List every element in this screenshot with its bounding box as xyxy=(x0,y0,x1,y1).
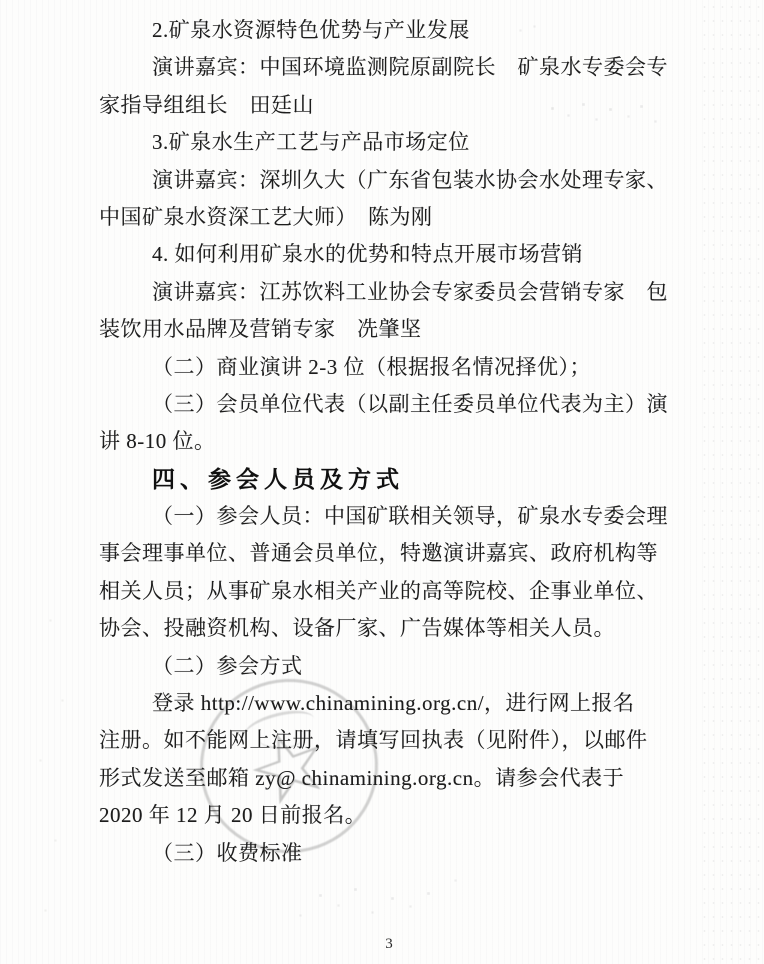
speaker-line: 演讲嘉宾：中国环境监测院原副院长 矿泉水专委会专 xyxy=(99,49,674,86)
section-heading-participants: 四、参会人员及方式 xyxy=(99,461,674,498)
subsection-business-speeches: （二）商业演讲 2-3 位（根据报名情况择优）； xyxy=(99,349,674,386)
registration-line-continued: 注册。如不能网上注册，请填写回执表（见附件），以邮件 xyxy=(99,722,674,759)
scan-noise-right-edge xyxy=(700,0,764,964)
subsection-registration-method: （二）参会方式 xyxy=(99,648,674,685)
speaker-line-continued: 装饮用水品牌及营销专家 冼肇坚 xyxy=(99,311,674,348)
speaker-line: 演讲嘉宾：江苏饮料工业协会专家委员会营销专家 包 xyxy=(99,274,674,311)
scanned-document-page: ☆ 2.矿泉水资源特色优势与产业发展 演讲嘉宾：中国环境监测院原副院长 矿泉水专… xyxy=(0,0,764,964)
page-number: 3 xyxy=(7,936,764,953)
registration-deadline-line: 2020 年 12 月 20 日前报名。 xyxy=(99,797,674,834)
speaker-line-continued: 中国矿泉水资深工艺大师） 陈为刚 xyxy=(99,199,674,236)
scan-speckles xyxy=(0,0,1,1)
agenda-item-2: 2.矿泉水资源特色优势与产业发展 xyxy=(99,12,674,49)
subsection-fees: （三）收费标准 xyxy=(99,835,674,872)
speaker-line-continued: 家指导组组长 田廷山 xyxy=(99,87,674,124)
registration-url-line: 登录 http://www.chinamining.org.cn/，进行网上报名 xyxy=(99,685,674,722)
document-body: 2.矿泉水资源特色优势与产业发展 演讲嘉宾：中国环境监测院原副院长 矿泉水专委会… xyxy=(99,12,674,872)
subsection-member-reps: （三）会员单位代表（以副主任委员单位代表为主）演 xyxy=(99,386,674,423)
participants-line-continued: 协会、投融资机构、设备厂家、广告媒体等相关人员。 xyxy=(99,610,674,647)
agenda-item-3: 3.矿泉水生产工艺与产品市场定位 xyxy=(99,124,674,161)
speaker-line: 演讲嘉宾：深圳久大（广东省包装水协会水处理专家、 xyxy=(99,162,674,199)
participants-line: （一）参会人员：中国矿联相关领导，矿泉水专委会理 xyxy=(99,498,674,535)
participants-line-continued: 相关人员；从事矿泉水相关产业的高等院校、企事业单位、 xyxy=(99,573,674,610)
participants-line-continued: 事会理事单位、普通会员单位，特邀演讲嘉宾、政府机构等 xyxy=(99,535,674,572)
registration-email-line: 形式发送至邮箱 zy@ chinamining.org.cn。请参会代表于 xyxy=(99,760,674,797)
subsection-member-reps-continued: 讲 8-10 位。 xyxy=(99,423,674,460)
agenda-item-4: 4. 如何利用矿泉水的优势和特点开展市场营销 xyxy=(99,236,674,273)
